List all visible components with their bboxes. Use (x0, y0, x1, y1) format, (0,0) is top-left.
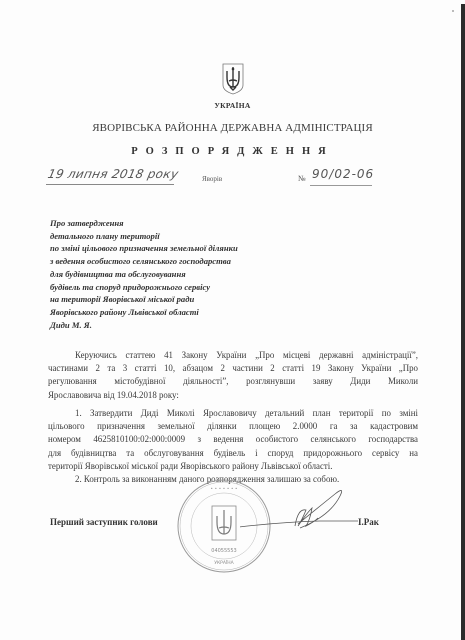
number-underline (310, 185, 372, 186)
svg-text:• • • • • • •: • • • • • • • (210, 487, 237, 492)
subject-line: детального плану території (50, 230, 238, 243)
handwritten-number: 90/02-06 (312, 167, 374, 181)
country-name: УКРАЇНА (0, 101, 465, 110)
decision-line: номером 4625810100:02:000:0009 з ведення… (48, 433, 418, 446)
subject-block: Про затвердження детального плану терито… (50, 217, 238, 331)
scan-edge (461, 4, 465, 640)
subject-line: з ведення особистого селянського господа… (50, 255, 238, 268)
preamble-line: частинами 2 та 3 статті 10, абзацом 2 ча… (48, 362, 418, 375)
trident-icon (222, 63, 244, 95)
signer-name: І.Рак (358, 517, 379, 527)
stamp-text: УКРАЇНА (214, 559, 234, 566)
authority-name: ЯВОРІВСЬКА РАЙОННА ДЕРЖАВНА АДМІНІСТРАЦІ… (0, 122, 465, 134)
preamble-line: регулювання містобудівної діяльності”, р… (48, 375, 418, 388)
subject-line: Диди М. Я. (50, 319, 238, 332)
stamp-code: 04055553 (211, 548, 236, 554)
subject-line: Про затвердження (50, 217, 238, 230)
city-label: Яворів (202, 175, 222, 183)
signer-title: Перший заступник голови (50, 517, 158, 527)
subject-line: будівель та споруд придорожнього сервісу (50, 281, 238, 294)
date-underline (46, 184, 174, 185)
preamble-paragraph: Керуючись статтею 41 Закону України „Про… (48, 349, 418, 402)
subject-line: на території Яворівської міської ради (50, 293, 238, 306)
document-page: УКРАЇНА ЯВОРІВСЬКА РАЙОННА ДЕРЖАВНА АДМІ… (0, 0, 465, 640)
scan-speck (452, 10, 454, 12)
subject-line: по зміні цільового призначення земельної… (50, 242, 238, 255)
preamble-line: Ярославовича від 19.04.2018 року: (48, 389, 418, 402)
decision-line: території Яворівської міської ради Яворі… (48, 460, 418, 473)
decision-line: 1. Затвердити Диді Миколі Ярославовичу д… (48, 407, 418, 420)
decision-paragraph: 1. Затвердити Диді Миколі Ярославовичу д… (48, 407, 418, 486)
handwritten-date: 19 липня 2018 року (47, 167, 180, 181)
number-sign: № (298, 174, 306, 183)
subject-line: для будівництва та обслуговування (50, 268, 238, 281)
decision-line: цільового призначення земельної ділянки … (48, 420, 418, 433)
preamble-line: Керуючись статтею 41 Закону України „Про… (48, 349, 418, 362)
handwritten-signature (240, 486, 360, 536)
subject-line: Яворівського району Львівської області (50, 306, 238, 319)
decision-line: для будівництва та обслуговування будіве… (48, 447, 418, 460)
document-type-title: РОЗПОРЯДЖЕННЯ (0, 146, 465, 157)
